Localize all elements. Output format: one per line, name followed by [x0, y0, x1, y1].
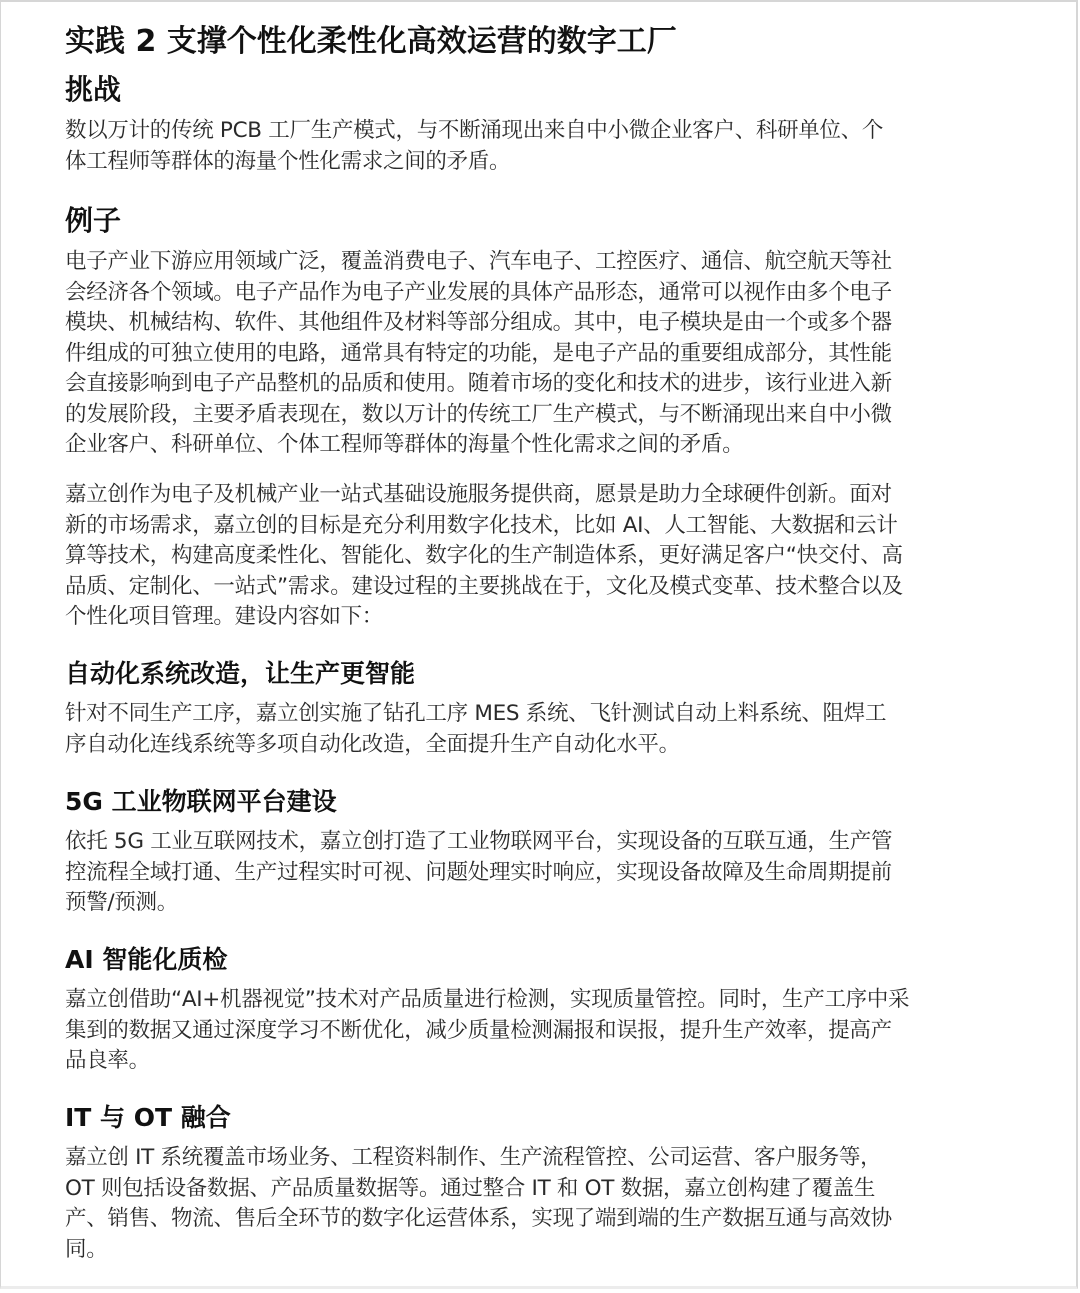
- text-line: OT 则包括设备数据、产品质量数据等。通过整合 IT 和 OT 数据，嘉立创构建…: [65, 1174, 995, 1205]
- text-line: 的发展阶段，主要矛盾表现在，数以万计的传统工厂生产模式，与不断涌现出来自中小微: [65, 400, 995, 431]
- it-ot-paragraph: 嘉立创 IT 系统覆盖市场业务、工程资料制作、生产流程管控、公司运营、客户服务等…: [65, 1143, 995, 1265]
- text-line: 会经济各个领域。电子产品作为电子产业发展的具体产品形态，通常可以视作由多个电子: [65, 278, 995, 309]
- text-line: 个性化项目管理。建设内容如下：: [65, 602, 995, 633]
- automation-paragraph: 针对不同生产工序，嘉立创实施了钻孔工序 MES 系统、飞针测试自动上料系统、阻焊…: [65, 699, 995, 760]
- page-title: 实践 2 支撑个性化柔性化高效运营的数字工厂: [65, 16, 677, 60]
- example-paragraph-2: 嘉立创作为电子及机械产业一站式基础设施服务提供商，愿景是助力全球硬件创新。面对 …: [65, 480, 995, 633]
- text-line: 预警/预测。: [65, 888, 995, 919]
- text-line: 新的市场需求，嘉立创的目标是充分利用数字化技术，比如 AI、人工智能、大数据和云…: [65, 511, 995, 542]
- section-heading-ai-inspection: AI 智能化质检: [65, 940, 227, 976]
- text-line: 体工程师等群体的海量个性化需求之间的矛盾。: [65, 147, 995, 178]
- text-line: 会直接影响到电子产品整机的品质和使用。随着市场的变化和技术的进步，该行业进入新: [65, 369, 995, 400]
- section-heading-it-ot: IT 与 OT 融合: [65, 1098, 231, 1134]
- document-page: 实践 2 支撑个性化柔性化高效运营的数字工厂 挑战 数以万计的传统 PCB 工厂…: [0, 0, 1078, 1289]
- example-paragraph-1: 电子产业下游应用领域广泛，覆盖消费电子、汽车电子、工控医疗、通信、航空航天等社 …: [65, 247, 995, 461]
- text-line: 嘉立创作为电子及机械产业一站式基础设施服务提供商，愿景是助力全球硬件创新。面对: [65, 480, 995, 511]
- text-line: 件组成的可独立使用的电路，通常具有特定的功能，是电子产品的重要组成部分，其性能: [65, 339, 995, 370]
- challenge-paragraph: 数以万计的传统 PCB 工厂生产模式，与不断涌现出来自中小微企业客户、科研单位、…: [65, 116, 995, 177]
- text-line: 依托 5G 工业互联网技术，嘉立创打造了工业物联网平台，实现设备的互联互通，生产…: [65, 827, 995, 858]
- text-line: 产、销售、物流、售后全环节的数字化运营体系，实现了端到端的生产数据互通与高效协: [65, 1204, 995, 1235]
- text-line: 同。: [65, 1235, 995, 1266]
- text-line: 模块、机械结构、软件、其他组件及材料等部分组成。其中，电子模块是由一个或多个器: [65, 308, 995, 339]
- text-line: 集到的数据又通过深度学习不断优化，减少质量检测漏报和误报，提升生产效率，提高产: [65, 1016, 995, 1047]
- section-heading-automation: 自动化系统改造，让生产更智能: [65, 654, 415, 690]
- text-line: 针对不同生产工序，嘉立创实施了钻孔工序 MES 系统、飞针测试自动上料系统、阻焊…: [65, 699, 995, 730]
- text-line: 算等技术，构建高度柔性化、智能化、数字化的生产制造体系，更好满足客户“快交付、高: [65, 541, 995, 572]
- ai-inspection-paragraph: 嘉立创借助“AI+机器视觉”技术对产品质量进行检测，实现质量管控。同时，生产工序…: [65, 985, 995, 1077]
- text-line: 品质、定制化、一站式”需求。建设过程的主要挑战在于，文化及模式变革、技术整合以及: [65, 572, 995, 603]
- section-heading-5g-platform: 5G 工业物联网平台建设: [65, 782, 337, 818]
- section-heading-challenge: 挑战: [65, 68, 121, 108]
- text-line: 电子产业下游应用领域广泛，覆盖消费电子、汽车电子、工控医疗、通信、航空航天等社: [65, 247, 995, 278]
- section-heading-example: 例子: [65, 199, 121, 239]
- text-line: 品良率。: [65, 1046, 995, 1077]
- text-line: 数以万计的传统 PCB 工厂生产模式，与不断涌现出来自中小微企业客户、科研单位、…: [65, 116, 995, 147]
- text-line: 嘉立创 IT 系统覆盖市场业务、工程资料制作、生产流程管控、公司运营、客户服务等…: [65, 1143, 995, 1174]
- 5g-platform-paragraph: 依托 5G 工业互联网技术，嘉立创打造了工业物联网平台，实现设备的互联互通，生产…: [65, 827, 995, 919]
- text-line: 企业客户、科研单位、个体工程师等群体的海量个性化需求之间的矛盾。: [65, 430, 995, 461]
- text-line: 序自动化连线系统等多项自动化改造，全面提升生产自动化水平。: [65, 730, 995, 761]
- text-line: 嘉立创借助“AI+机器视觉”技术对产品质量进行检测，实现质量管控。同时，生产工序…: [65, 985, 995, 1016]
- text-line: 控流程全域打通、生产过程实时可视、问题处理实时响应，实现设备故障及生命周期提前: [65, 858, 995, 889]
